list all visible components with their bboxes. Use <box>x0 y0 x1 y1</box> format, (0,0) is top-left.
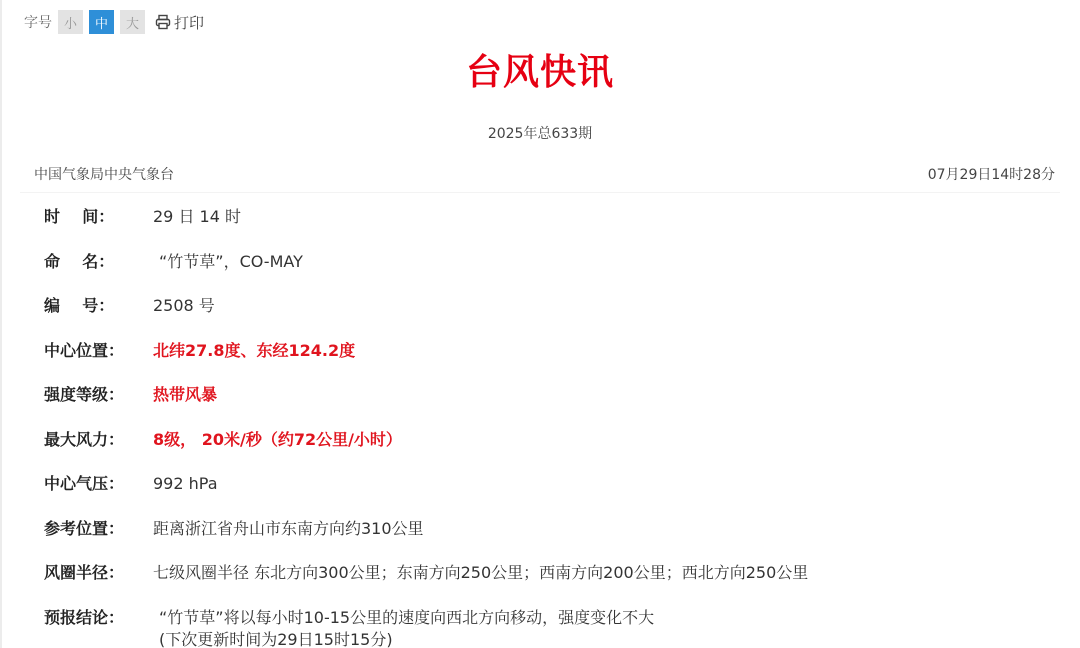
info-label: 时 间： <box>44 203 153 231</box>
info-label: 最大风力： <box>44 426 153 454</box>
info-row-center-position: 中心位置： 北纬27.8度、东经124.2度 <box>44 337 1054 382</box>
info-row-max-wind: 最大风力： 8级， 20米/秒（约72公里/小时） <box>44 426 1054 471</box>
info-row-wind-radius: 风圈半径： 七级风圈半径 东北方向300公里；东南方向250公里；西南方向200… <box>44 559 1054 604</box>
forecast-line-1: “竹节草”将以每小时10-15公里的速度向西北方向移动，强度变化不大 <box>153 607 654 629</box>
info-label: 中心气压： <box>44 470 153 498</box>
info-value-highlight: 北纬27.8度、东经124.2度 <box>153 337 355 365</box>
issue-number: 2025年总633期 <box>0 123 1080 143</box>
info-value-highlight: 热带风暴 <box>153 381 217 409</box>
meta-row: 中国气象局中央气象台 07月29日14时28分 <box>34 163 1055 185</box>
info-value: 992 hPa <box>153 470 218 498</box>
forecast-line-2: (下次更新时间为29日15时15分) <box>153 629 654 648</box>
info-row-number: 编 号： 2508 号 <box>44 292 1054 337</box>
print-button[interactable]: 打印 <box>155 12 204 33</box>
font-size-small-button[interactable]: 小 <box>58 10 83 34</box>
page-title: 台风快讯 <box>0 44 1080 95</box>
info-row-time: 时 间： 29 日 14 时 <box>44 203 1054 248</box>
forecast-value: “竹节草”将以每小时10-15公里的速度向西北方向移动，强度变化不大 (下次更新… <box>153 604 654 648</box>
info-label: 风圈半径： <box>44 559 153 587</box>
info-label: 命 名： <box>44 248 153 276</box>
info-value: 2508 号 <box>153 292 215 320</box>
info-value: “竹节草”，CO-MAY <box>153 248 303 276</box>
publish-datetime: 07月29日14时28分 <box>928 164 1055 184</box>
info-value: 29 日 14 时 <box>153 203 241 231</box>
info-label: 预报结论： <box>44 604 153 632</box>
info-value-highlight: 8级， 20米/秒（约72公里/小时） <box>153 426 402 454</box>
font-size-large-button[interactable]: 大 <box>120 10 145 34</box>
divider <box>20 192 1060 193</box>
info-label: 编 号： <box>44 292 153 320</box>
page-left-border <box>0 0 2 648</box>
info-row-forecast: 预报结论： “竹节草”将以每小时10-15公里的速度向西北方向移动，强度变化不大… <box>44 604 1054 648</box>
typhoon-info-table: 时 间： 29 日 14 时 命 名： “竹节草”，CO-MAY 编 号： 25… <box>44 203 1054 648</box>
info-value: 距离浙江省舟山市东南方向约310公里 <box>153 515 424 543</box>
font-size-toolbar: 字号 小 中 大 打印 <box>24 10 204 34</box>
info-label: 参考位置： <box>44 515 153 543</box>
info-row-reference-position: 参考位置： 距离浙江省舟山市东南方向约310公里 <box>44 515 1054 560</box>
font-size-medium-button[interactable]: 中 <box>89 10 114 34</box>
info-value: 七级风圈半径 东北方向300公里；东南方向250公里；西南方向200公里；西北方… <box>153 559 808 587</box>
info-row-intensity: 强度等级： 热带风暴 <box>44 381 1054 426</box>
font-size-label: 字号 <box>24 12 52 32</box>
print-label: 打印 <box>174 12 204 33</box>
info-label: 中心位置： <box>44 337 153 365</box>
info-row-name: 命 名： “竹节草”，CO-MAY <box>44 248 1054 293</box>
info-label: 强度等级： <box>44 381 153 409</box>
printer-icon <box>155 14 171 30</box>
info-row-pressure: 中心气压： 992 hPa <box>44 470 1054 515</box>
source-agency: 中国气象局中央气象台 <box>34 164 174 184</box>
